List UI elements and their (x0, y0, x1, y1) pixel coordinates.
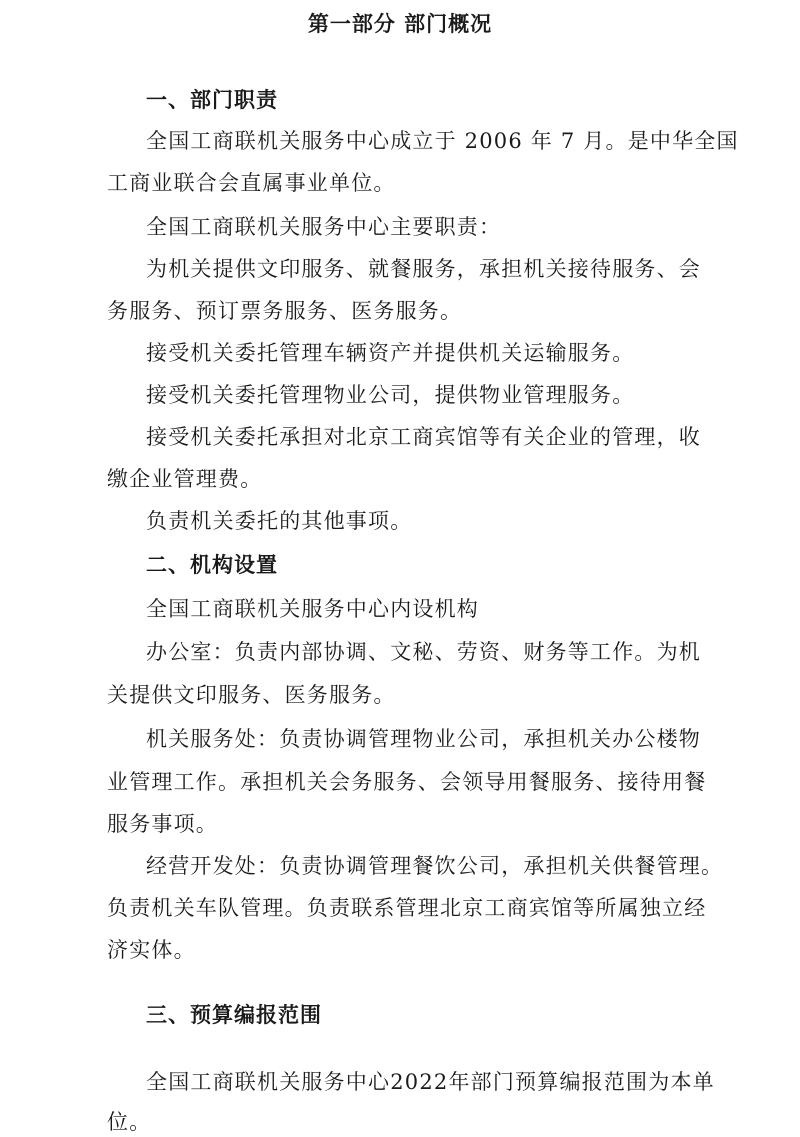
paragraph-line: 为机关提供文印服务、就餐服务，承担机关接待服务、会 (146, 256, 701, 282)
paragraph-line: 工商业联合会直属事业单位。 (107, 170, 396, 196)
paragraph-line: 负责机关车队管理。负责联系管理北京工商宾馆等所属独立经 (107, 895, 706, 921)
paragraph-line: 务服务、预订票务服务、医务服务。 (107, 298, 462, 324)
paragraph-line: 服务事项。 (107, 811, 218, 837)
paragraph-line: 济实体。 (107, 937, 196, 963)
page-title: 第一部分 部门概况 (0, 11, 800, 37)
section-heading-organization: 二、机构设置 (146, 552, 278, 578)
section-heading-budget-scope: 三、预算编报范围 (146, 1002, 322, 1028)
paragraph-line: 全国工商联机关服务中心内设机构 (146, 596, 479, 622)
paragraph-line: 位。 (107, 1109, 151, 1135)
paragraph-line: 全国工商联机关服务中心2022年部门预算编报范围为本单 (146, 1069, 715, 1095)
paragraph-line: 全国工商联机关服务中心主要职责： (146, 214, 501, 240)
section-heading-responsibilities: 一、部门职责 (146, 87, 278, 113)
paragraph-line: 全国工商联机关服务中心成立于 2006 年 7 月。是中华全国 (146, 128, 739, 154)
paragraph-line: 接受机关委托管理车辆资产并提供机关运输服务。 (146, 340, 634, 366)
paragraph-line: 业管理工作。承担机关会务服务、会领导用餐服务、接待用餐 (107, 769, 706, 795)
paragraph-line: 接受机关委托管理物业公司，提供物业管理服务。 (146, 382, 634, 408)
paragraph-line: 机关服务处：负责协调管理物业公司，承担机关办公楼物 (146, 726, 701, 752)
paragraph-line: 接受机关委托承担对北京工商宾馆等有关企业的管理，收 (146, 424, 701, 450)
paragraph-line: 负责机关委托的其他事项。 (146, 508, 412, 534)
paragraph-line: 经营开发处：负责协调管理餐饮公司，承担机关供餐管理。 (146, 853, 723, 879)
paragraph-line: 缴企业管理费。 (107, 466, 262, 492)
paragraph-line: 办公室：负责内部协调、文秘、劳资、财务等工作。为机 (146, 639, 701, 665)
paragraph-line: 关提供文印服务、医务服务。 (107, 682, 396, 708)
